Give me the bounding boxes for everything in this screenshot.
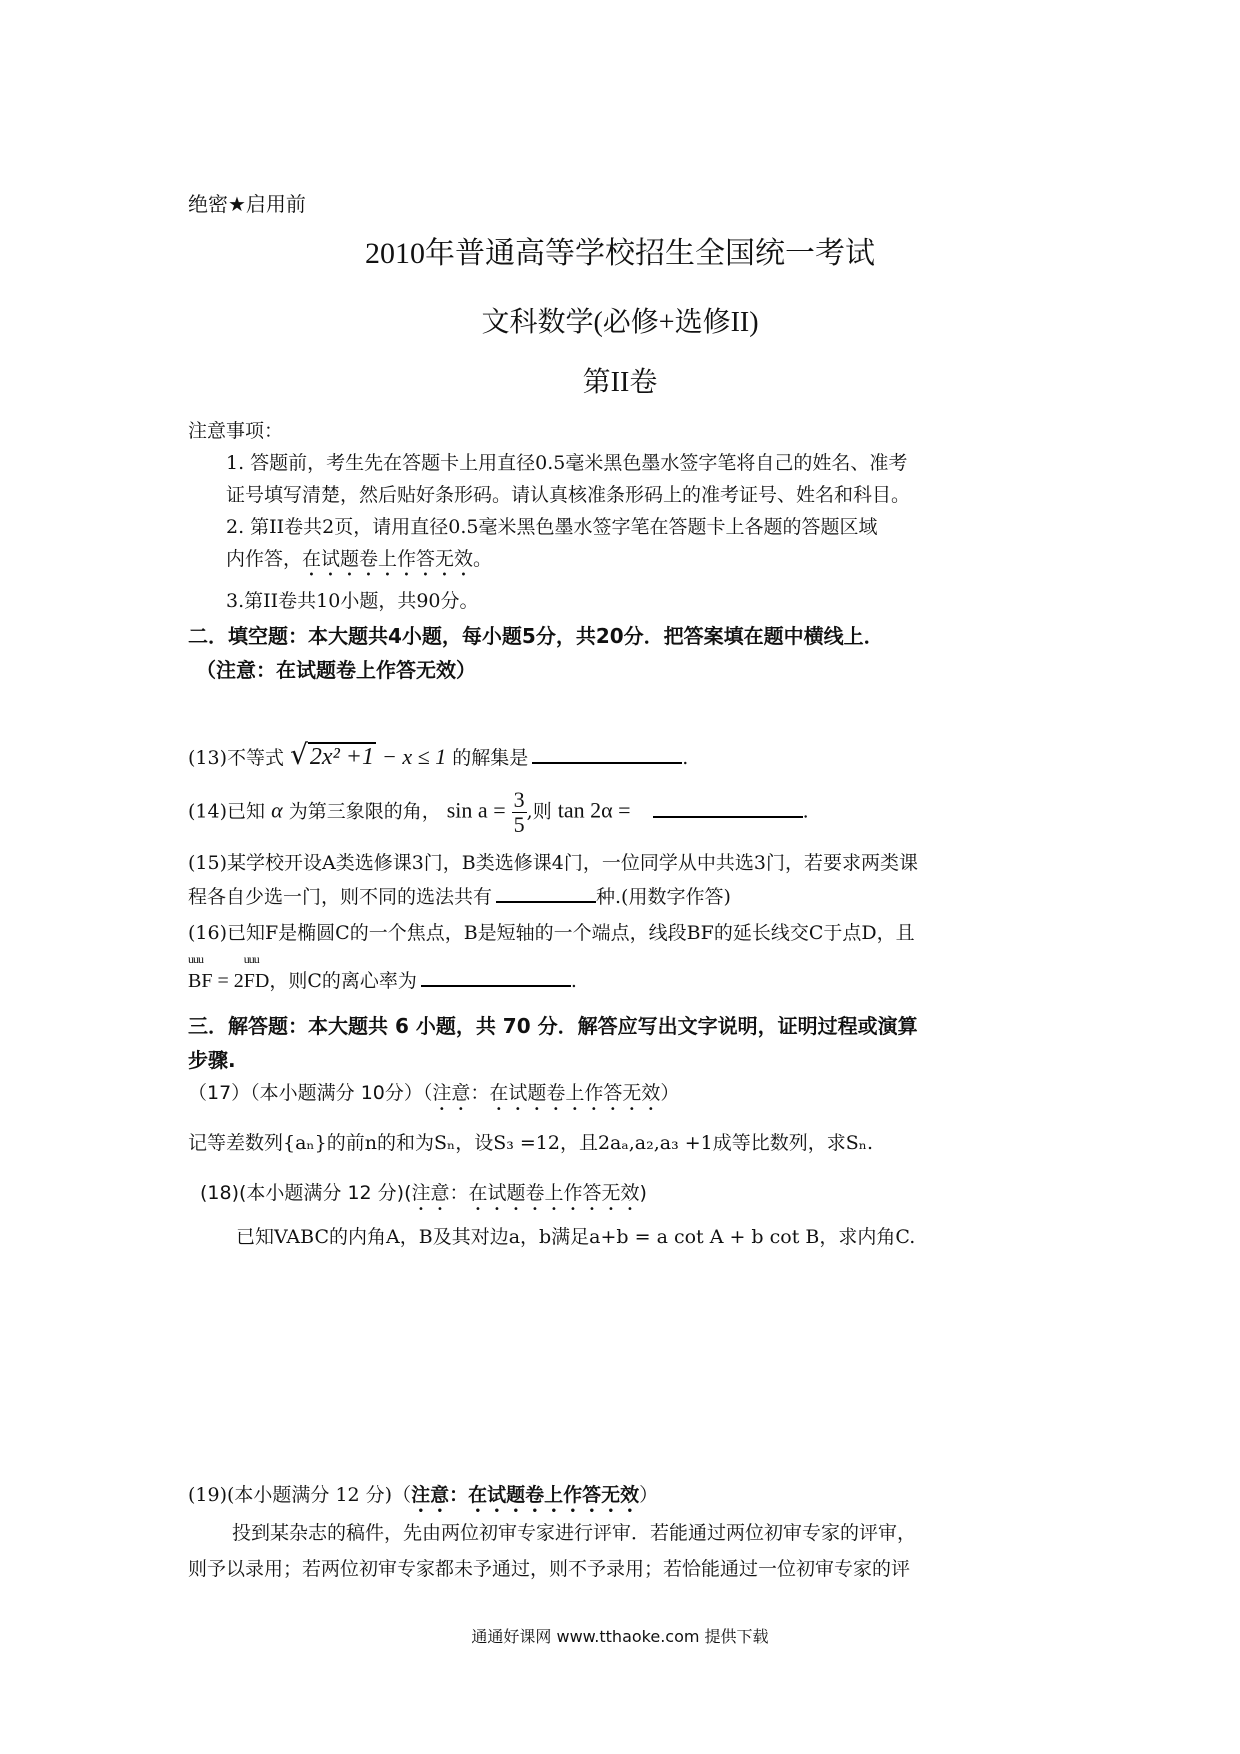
question-header: ） bbox=[660, 1082, 679, 1104]
question-text: 已知 bbox=[227, 801, 265, 823]
footer-credit: 通通好课网 www.tthaoke.com 提供下载 bbox=[0, 1624, 1240, 1647]
question-text: 为第三象限的角， bbox=[289, 801, 441, 823]
period: . bbox=[682, 747, 688, 769]
notice-item-1-line-2: 证号填写清楚，然后贴好条形码。请认真核准条形码上的准考证号、姓名和科目。 bbox=[226, 480, 910, 507]
math-expr: = 2 bbox=[212, 970, 243, 992]
question-header: ) bbox=[640, 1182, 647, 1204]
section-3-heading-line-2: 步骤. bbox=[188, 1044, 236, 1073]
notice-item-2-line-2: 内作答，在试题卷上作答无效。 bbox=[226, 544, 492, 581]
question-text: 的解集是 bbox=[452, 747, 528, 769]
question-13: (13)不等式 √2x² +1 − x ≤ 1 的解集是. bbox=[188, 738, 688, 771]
question-19-header: (19)(本小题满分 12 分)（注意：在试题卷上作答无效） bbox=[188, 1480, 658, 1517]
question-17-body: 记等差数列{aₙ}的前n的和为Sₙ，设S₃ =12，且2aₐ,a₂,a₃ +1成… bbox=[188, 1128, 873, 1155]
exam-subtitle: 文科数学(必修+选修II) bbox=[0, 300, 1240, 340]
question-18-header: (18)(本小题满分 12 分)(注意：在试题卷上作答无效) bbox=[200, 1178, 647, 1215]
emphasis-text: 注意：在试题卷上作答无效 bbox=[412, 1182, 640, 1204]
vector-fd: FD bbox=[244, 970, 270, 993]
volume-title: 第II卷 bbox=[0, 360, 1240, 400]
question-number: (14) bbox=[188, 801, 227, 823]
emphasis-text: 在试题卷上作答无效 bbox=[302, 548, 473, 570]
answer-blank[interactable] bbox=[496, 900, 596, 903]
question-18-body: 已知VABC的内角A，B及其对边a，b满足a+b = a cot A + b c… bbox=[236, 1222, 915, 1249]
question-15-line-1: (15)某学校开设A类选修课3门，B类选修课4门，一位同学从中共选3门，若要求两… bbox=[188, 848, 918, 875]
question-text: ，则C的离心率为 bbox=[269, 970, 417, 992]
secret-mark: 绝密★启用前 bbox=[188, 188, 306, 217]
section-3-heading-line-1: 三．解答题：本大题共 6 小题，共 70 分．解答应写出文字说明，证明过程或演算 bbox=[188, 1010, 918, 1039]
question-19-line-2: 则予以录用；若两位初审专家都未予通过，则不予录用；若恰能通过一位初审专家的评 bbox=[188, 1554, 910, 1581]
question-19-line-1: 投到某杂志的稿件，先由两位初审专家进行评审．若能通过两位初审专家的评审， bbox=[232, 1518, 916, 1545]
answer-blank[interactable] bbox=[421, 984, 571, 987]
notice-text: 内作答， bbox=[226, 548, 302, 570]
notice-item-2-line-1: 2. 第II卷共2页，请用直径0.5毫米黑色墨水签字笔在答题卡上各题的答题区域 bbox=[226, 512, 878, 539]
fraction: 35 bbox=[512, 788, 527, 837]
numerator: 3 bbox=[512, 788, 527, 813]
vector-bf: BF bbox=[188, 970, 212, 993]
question-16-line-1: (16)已知F是椭圆C的一个焦点，B是短轴的一个端点，线段BF的延长线交C于点D… bbox=[188, 918, 915, 945]
math-expr: sin a = bbox=[447, 798, 506, 823]
notice-heading: 注意事项： bbox=[188, 416, 283, 443]
emphasis-text: 注意：在试题卷上作答无效 bbox=[432, 1082, 660, 1104]
question-text: ,则 bbox=[527, 801, 552, 823]
answer-blank[interactable] bbox=[532, 761, 682, 764]
question-text: 不等式 bbox=[227, 747, 284, 769]
math-expr: − x ≤ 1 bbox=[382, 744, 446, 769]
sqrt-icon: √ bbox=[290, 738, 308, 771]
question-header: ） bbox=[639, 1484, 658, 1506]
emphasis-text: 注意：在试题卷上作答无效 bbox=[411, 1484, 639, 1506]
question-17-header: （17）（本小题满分 10分）（注意：在试题卷上作答无效） bbox=[188, 1078, 679, 1115]
period: . bbox=[571, 970, 577, 992]
period: . bbox=[803, 801, 809, 823]
question-text: 种.(用数字作答) bbox=[596, 886, 731, 908]
exam-title: 2010年普通高等学校招生全国统一考试 bbox=[0, 228, 1240, 272]
math-symbol: α bbox=[271, 798, 283, 823]
question-header: (18)(本小题满分 12 分)( bbox=[200, 1182, 412, 1204]
notice-item-1-line-1: 1. 答题前，考生先在答题卡上用直径0.5毫米黑色墨水签字笔将自己的姓名、准考 bbox=[226, 448, 907, 475]
question-16-line-2: BF = 2FD，则C的离心率为. bbox=[188, 966, 577, 993]
section-2-heading: 二．填空题：本大题共4小题，每小题5分，共20分．把答案填在题中横线上． bbox=[188, 620, 884, 649]
answer-blank[interactable] bbox=[653, 815, 803, 818]
question-header: (19)(本小题满分 12 分)（ bbox=[188, 1484, 411, 1506]
question-number: (13) bbox=[188, 747, 227, 769]
question-14: (14)已知 α 为第三象限的角， sin a = 35,则 tan 2α = … bbox=[188, 788, 809, 837]
section-2-note: （注意：在试题卷上作答无效） bbox=[196, 654, 476, 683]
question-15-line-2: 程各自少选一门，则不同的选法共有种.(用数字作答) bbox=[188, 882, 731, 909]
denominator: 5 bbox=[512, 813, 527, 837]
radicand: 2x² +1 bbox=[308, 742, 376, 771]
math-expr: tan 2α = bbox=[558, 798, 631, 823]
question-text: 程各自少选一门，则不同的选法共有 bbox=[188, 886, 492, 908]
notice-item-3: 3.第II卷共10小题，共90分。 bbox=[226, 586, 479, 613]
notice-text: 。 bbox=[473, 548, 492, 570]
question-header: （17）（本小题满分 10分）（ bbox=[188, 1082, 432, 1104]
